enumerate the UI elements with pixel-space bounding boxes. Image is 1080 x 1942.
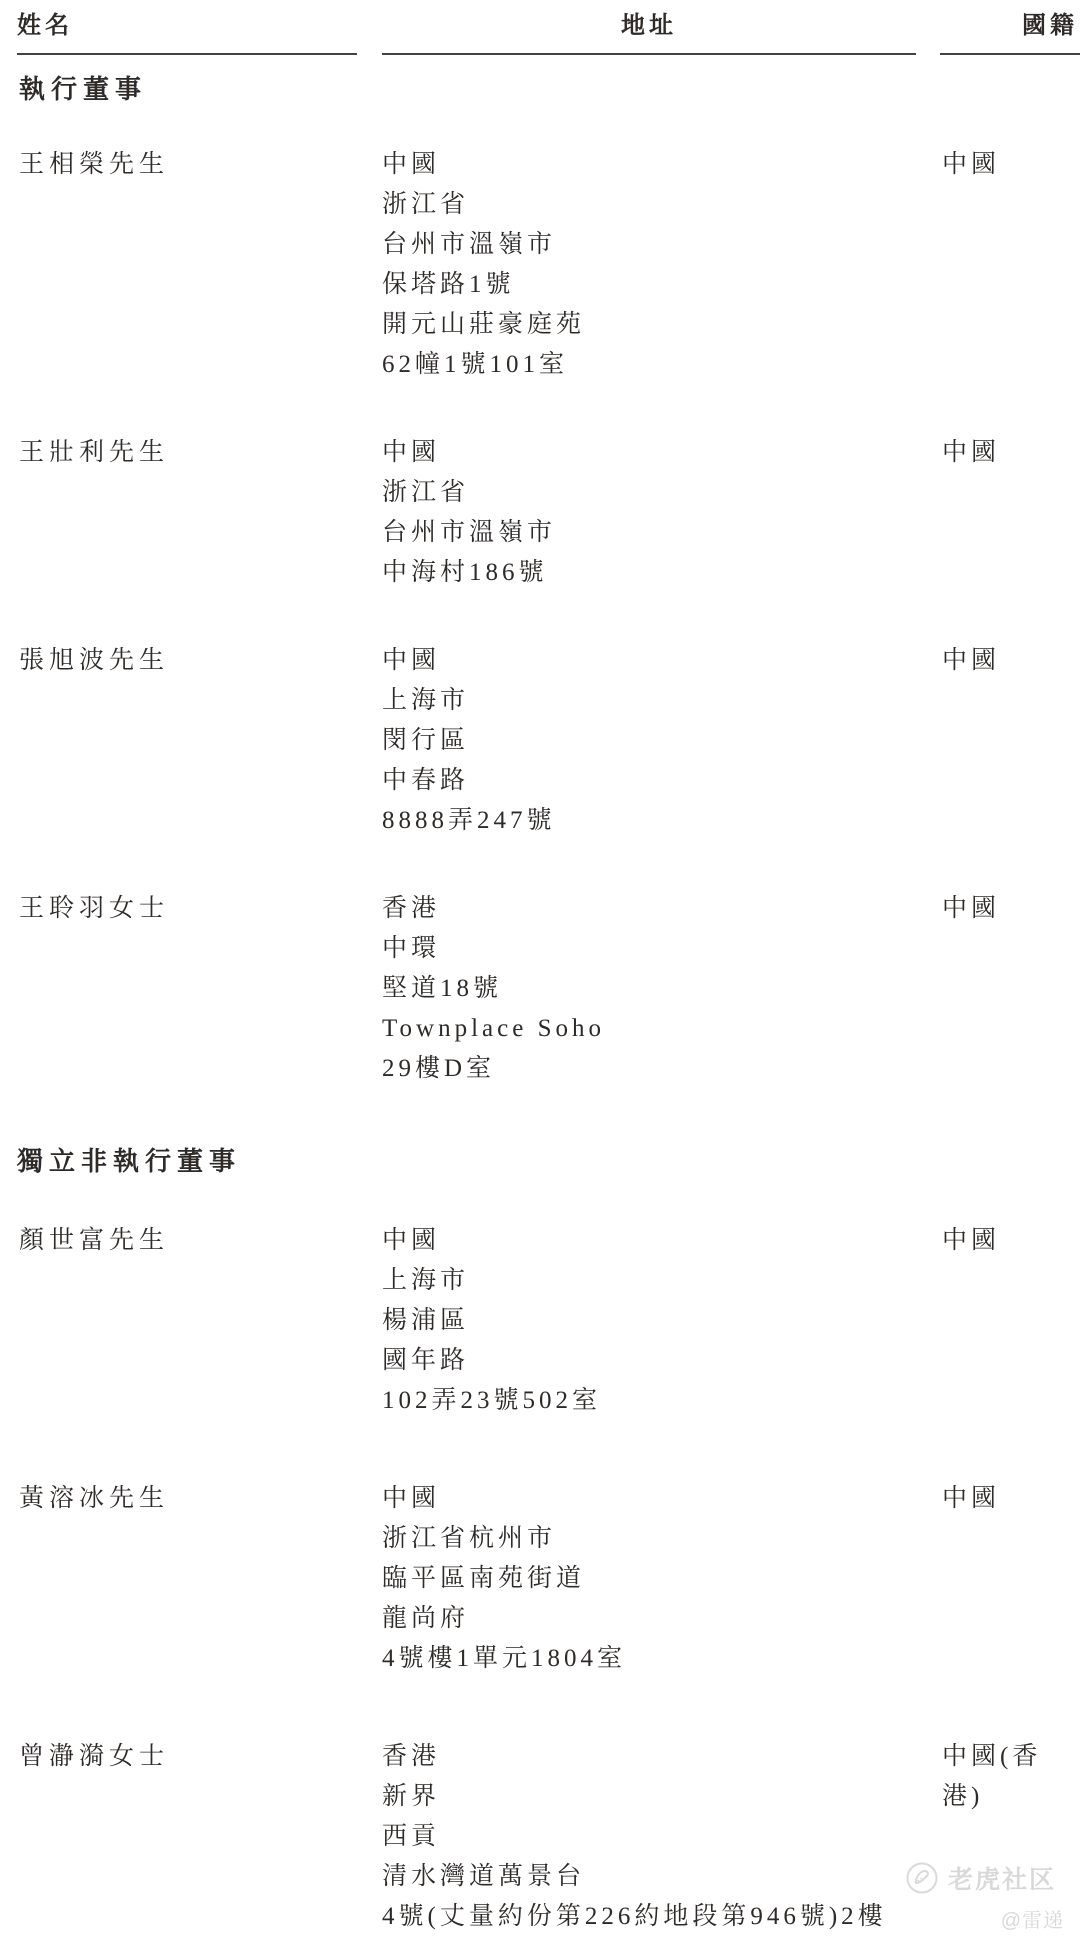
director-name: 王聆羽女士 bbox=[17, 889, 382, 1089]
address-line: 浙江省 bbox=[382, 473, 940, 513]
address-line: 29樓D室 bbox=[382, 1049, 940, 1089]
table-row: 王相榮先生 中國 浙江省 台州市溫嶺市 保塔路1號 開元山莊豪庭苑 62幢1號1… bbox=[17, 145, 1080, 385]
address-line: 台州市溫嶺市 bbox=[382, 225, 940, 265]
watermark-handle: @雷递 bbox=[906, 1904, 1066, 1933]
table-row: 顏世富先生 中國 上海市 楊浦區 國年路 102弄23號502室 中國 bbox=[17, 1221, 1080, 1421]
director-address: 中國 浙江省杭州市 臨平區南苑街道 龍尚府 4號樓1單元1804室 bbox=[382, 1479, 940, 1679]
director-name: 黃溶冰先生 bbox=[17, 1479, 382, 1679]
director-nationality: 中國 bbox=[940, 889, 1080, 1089]
watermark: 老虎社区 @雷递 bbox=[906, 1860, 1066, 1933]
director-nationality: 中國 bbox=[940, 1221, 1080, 1421]
director-nationality: 中國 bbox=[940, 1479, 1080, 1679]
director-address: 中國 上海市 閔行區 中春路 8888弄247號 bbox=[382, 641, 940, 841]
table-row: 黃溶冰先生 中國 浙江省杭州市 臨平區南苑街道 龍尚府 4號樓1單元1804室 … bbox=[17, 1479, 1080, 1679]
director-address: 中國 浙江省 台州市溫嶺市 保塔路1號 開元山莊豪庭苑 62幢1號101室 bbox=[382, 145, 940, 385]
tiger-logo-icon bbox=[906, 1862, 938, 1894]
address-line: 浙江省 bbox=[382, 185, 940, 225]
address-line: 上海市 bbox=[382, 681, 940, 721]
address-line: 中國 bbox=[382, 1479, 940, 1519]
director-address: 香港 新界 西貢 清水灣道萬景台 4號(丈量約份第226約地段第946號)2樓 bbox=[382, 1737, 940, 1937]
watermark-community-label: 老虎社区 bbox=[948, 1860, 1056, 1896]
address-line: 中國 bbox=[382, 145, 940, 185]
address-line: 清水灣道萬景台 bbox=[382, 1857, 940, 1897]
address-line: 楊浦區 bbox=[382, 1301, 940, 1341]
section-title: 獨立非執行董事 bbox=[17, 1147, 1080, 1177]
name-column-header: 姓名 bbox=[17, 12, 357, 55]
address-line: 8888弄247號 bbox=[382, 801, 940, 841]
address-line: 台州市溫嶺市 bbox=[382, 513, 940, 553]
address-line: 中國 bbox=[382, 1221, 940, 1261]
section-title: 執行董事 bbox=[19, 75, 1080, 105]
director-name: 顏世富先生 bbox=[17, 1221, 382, 1421]
director-nationality: 中國 bbox=[940, 145, 1080, 385]
table-row: 王聆羽女士 香港 中環 堅道18號 Townplace Soho 29樓D室 中… bbox=[17, 889, 1080, 1089]
address-line: 開元山莊豪庭苑 bbox=[382, 305, 940, 345]
address-line: 中環 bbox=[382, 929, 940, 969]
table-row: 張旭波先生 中國 上海市 閔行區 中春路 8888弄247號 中國 bbox=[17, 641, 1080, 841]
table-header-row: 姓名 地址 國籍 bbox=[17, 12, 1080, 55]
header-cell-name: 姓名 bbox=[17, 12, 382, 55]
director-name: 王相榮先生 bbox=[17, 145, 382, 385]
director-name: 張旭波先生 bbox=[17, 641, 382, 841]
address-line: 香港 bbox=[382, 1737, 940, 1777]
address-line: 上海市 bbox=[382, 1261, 940, 1301]
director-nationality: 中國 bbox=[940, 433, 1080, 593]
address-line: 閔行區 bbox=[382, 721, 940, 761]
address-line: 西貢 bbox=[382, 1817, 940, 1857]
address-line: 中海村186號 bbox=[382, 553, 940, 593]
section-independent-non-executive-directors: 獨立非執行董事 顏世富先生 中國 上海市 楊浦區 國年路 102弄23號502室… bbox=[17, 1147, 1080, 1937]
director-address: 香港 中環 堅道18號 Townplace Soho 29樓D室 bbox=[382, 889, 940, 1089]
address-column-header: 地址 bbox=[382, 12, 916, 55]
address-line: 中春路 bbox=[382, 761, 940, 801]
address-line: 保塔路1號 bbox=[382, 265, 940, 305]
nationality-column-header: 國籍 bbox=[940, 12, 1080, 55]
address-line: 國年路 bbox=[382, 1341, 940, 1381]
address-line: 新界 bbox=[382, 1777, 940, 1817]
address-line: 臨平區南苑街道 bbox=[382, 1559, 940, 1599]
director-nationality: 中國 bbox=[940, 641, 1080, 841]
watermark-row: 老虎社区 bbox=[906, 1860, 1066, 1896]
address-line: 堅道18號 bbox=[382, 969, 940, 1009]
address-line: 4號樓1單元1804室 bbox=[382, 1639, 940, 1679]
address-line: 中國 bbox=[382, 641, 940, 681]
address-line: 102弄23號502室 bbox=[382, 1381, 940, 1421]
address-line: 中國 bbox=[382, 433, 940, 473]
header-cell-nationality: 國籍 bbox=[940, 12, 1080, 55]
director-name: 王壯利先生 bbox=[17, 433, 382, 593]
address-line: 香港 bbox=[382, 889, 940, 929]
address-line: 龍尚府 bbox=[382, 1599, 940, 1639]
section-executive-directors: 執行董事 王相榮先生 中國 浙江省 台州市溫嶺市 保塔路1號 開元山莊豪庭苑 6… bbox=[17, 75, 1080, 1089]
director-name: 曾瀞漪女士 bbox=[17, 1737, 382, 1937]
directors-table: 姓名 地址 國籍 執行董事 王相榮先生 中國 浙江省 台州市溫嶺市 保塔路1號 … bbox=[0, 0, 1080, 1937]
address-line: 4號(丈量約份第226約地段第946號)2樓 bbox=[382, 1897, 940, 1937]
address-line: 浙江省杭州市 bbox=[382, 1519, 940, 1559]
address-line: Townplace Soho bbox=[382, 1009, 940, 1049]
header-cell-address: 地址 bbox=[382, 12, 940, 55]
table-row: 王壯利先生 中國 浙江省 台州市溫嶺市 中海村186號 中國 bbox=[17, 433, 1080, 593]
address-line: 62幢1號101室 bbox=[382, 345, 940, 385]
director-address: 中國 浙江省 台州市溫嶺市 中海村186號 bbox=[382, 433, 940, 593]
director-address: 中國 上海市 楊浦區 國年路 102弄23號502室 bbox=[382, 1221, 940, 1421]
